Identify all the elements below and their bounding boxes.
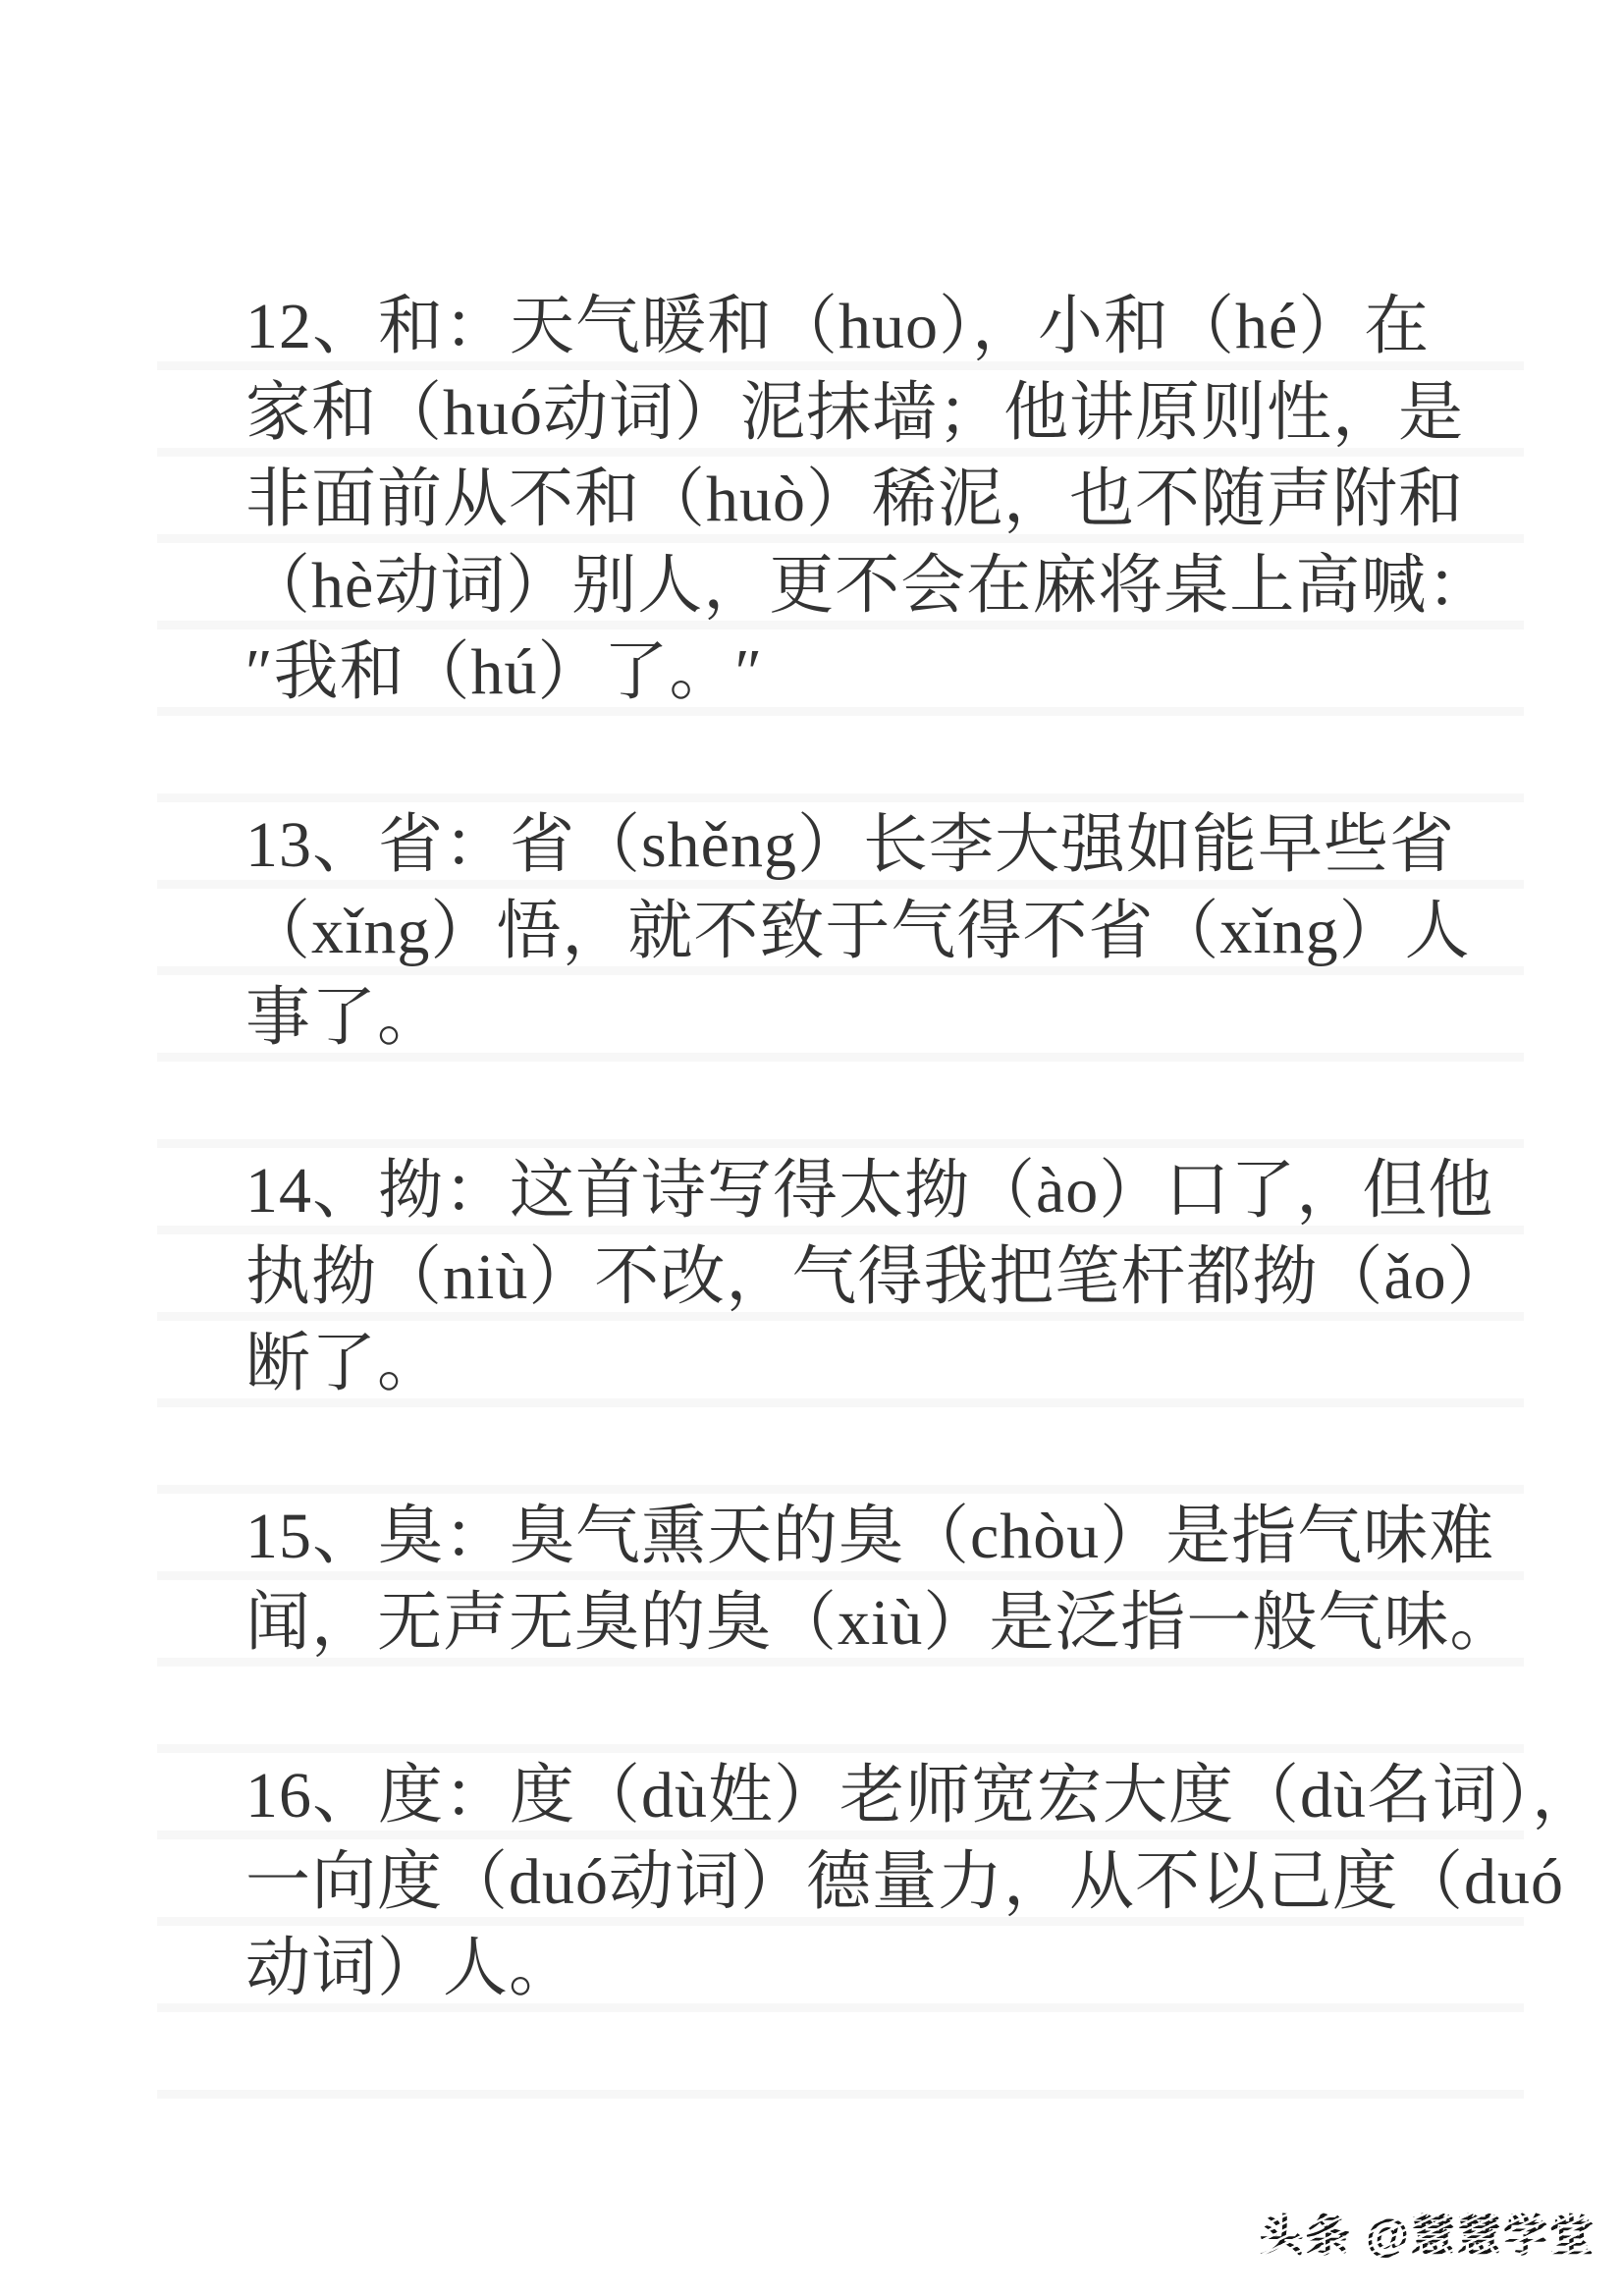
entry-12-和: 12、和：天气暖和（huo），小和（hé）在家和（huó动词）泥抹墙；他讲原则性… — [157, 284, 1524, 716]
text-line: 家和（huó动词）泥抹墙；他讲原则性，是 — [157, 370, 1524, 457]
text-line: 14、拗：这首诗写得太拗（ào）口了，但他 — [157, 1148, 1524, 1234]
text-line: ″我和（hú）了。″ — [157, 629, 1524, 716]
text-line: 闻，无声无臭的臭（xiù）是泛指一般气味。 — [157, 1580, 1524, 1667]
text-line: 非面前从不和（huò）稀泥，也不随声附和 — [157, 457, 1524, 543]
watermark: 头条 @慧慧学堂 — [1260, 2208, 1596, 2265]
text-line: 15、臭：臭气熏天的臭（chòu）是指气味难 — [157, 1494, 1524, 1580]
text-line: 12、和：天气暖和（huo），小和（hé）在 — [157, 284, 1524, 370]
text-line: 13、省：省（shěng）长李大强如能早些省 — [157, 802, 1524, 889]
text-line: 动词）人。 — [157, 1926, 1524, 2012]
text-line: 断了。 — [157, 1321, 1524, 1407]
text-line: 一向度（duó动词）德量力，从不以己度（duó — [157, 1839, 1524, 1926]
page: 12、和：天气暖和（huo），小和（hé）在家和（huó动词）泥抹墙；他讲原则性… — [0, 0, 1623, 2296]
text-line: （xǐng）悟，就不致于气得不省（xǐng）人 — [157, 889, 1524, 975]
entry-14-拗: 14、拗：这首诗写得太拗（ào）口了，但他执拗（niù）不改，气得我把笔杆都拗（… — [157, 1148, 1524, 1407]
entry-16-度: 16、度：度（dù姓）老师宽宏大度（dù名词），一向度（duó动词）德量力，从不… — [157, 1753, 1524, 2012]
text-line: （hè动词）别人，更不会在麻将桌上高喊： — [157, 543, 1524, 629]
text-line: 16、度：度（dù姓）老师宽宏大度（dù名词）， — [157, 1753, 1524, 1839]
text-line: 事了。 — [157, 975, 1524, 1062]
document-body: 12、和：天气暖和（huo），小和（hé）在家和（huó动词）泥抹墙；他讲原则性… — [157, 284, 1524, 2103]
entry-13-省: 13、省：省（shěng）长李大强如能早些省（xǐng）悟，就不致于气得不省（x… — [157, 802, 1524, 1062]
entry-15-臭: 15、臭：臭气熏天的臭（chòu）是指气味难闻，无声无臭的臭（xiù）是泛指一般… — [157, 1494, 1524, 1667]
text-line: 执拗（niù）不改，气得我把笔杆都拗（ǎo） — [157, 1234, 1524, 1321]
